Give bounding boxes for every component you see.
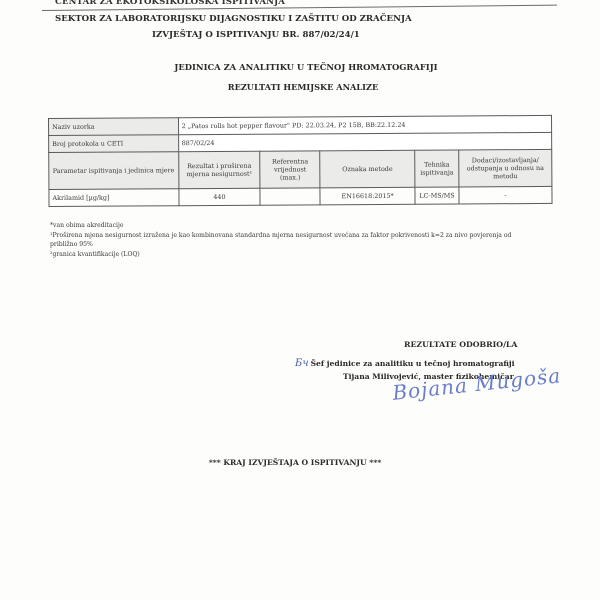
handwritten-initials: Бч xyxy=(295,358,309,369)
report-number: IZVJEŠTAJ O ISPITIVANJU BR. 887/02/24/1 xyxy=(152,30,360,40)
results-title: REZULTATI HEMIJSKE ANALIZE xyxy=(0,82,600,92)
unit-title: JEDINICA ZA ANALITIKU U TEČNOJ HROMATOGR… xyxy=(0,62,600,72)
sector-name: SEKTOR ZA LABORATORIJSKU DIJAGNOSTIKU I … xyxy=(55,14,412,24)
col-header-parameter: Parametar ispitivanja i jedinica mjere xyxy=(49,152,179,190)
approved-by-heading: REZULTATE ODOBRIO/LA xyxy=(404,340,517,349)
col-header-method: Oznaka metode xyxy=(320,150,415,188)
table-row: Akrilamid [µg/kg] 440 EN16618:2015* LC-M… xyxy=(49,186,552,206)
footnote-loq: ²granica kvantifikacije (LOQ) xyxy=(50,250,520,260)
col-header-reference: Referentna vrijednost (max.) xyxy=(260,151,320,188)
cell-parameter: Akrilamid [µg/kg] xyxy=(49,189,179,207)
col-header-deviations: Dodaci/izostavljanja/ odstupanja u odnos… xyxy=(459,149,552,187)
center-name: CENTAR ZA EKOTOKSIKOLOŠKA ISPITIVANJA xyxy=(55,0,285,7)
cell-technique: LC-MS/MS xyxy=(415,187,459,204)
sample-name-label: Naziv uzorka xyxy=(49,118,179,136)
col-header-technique: Tehnika ispitivanja xyxy=(415,150,459,187)
approver-position-text: Šef jedinice za analitiku u tečnoj hroma… xyxy=(311,359,515,368)
cell-reference xyxy=(260,188,320,205)
column-header-row: Parametar ispitivanja i jedinica mjere R… xyxy=(49,149,552,189)
end-of-report: *** KRAJ IZVJEŠTAJA O ISPITIVANJU *** xyxy=(0,458,600,467)
cell-deviations: - xyxy=(459,186,552,204)
footnotes: *van obima akreditacije ¹Proširena mjena… xyxy=(50,221,520,259)
cell-result: 440 xyxy=(178,188,260,205)
col-header-result: Rezultat i proširena mjerna nesigurnost¹ xyxy=(178,151,260,188)
cell-method: EN16618:2015* xyxy=(320,187,415,205)
footnote-accreditation: *van obima akreditacije xyxy=(50,221,520,231)
protocol-label: Broj protokola u CETI xyxy=(49,135,179,153)
approver-position: БчŠef jedinice za analitiku u tečnoj hro… xyxy=(295,358,515,369)
results-table: Naziv uzorka 2 „Patos rolls hot pepper f… xyxy=(48,115,553,207)
handwritten-signature: Bojana Mugoša xyxy=(391,363,562,405)
report-page: CENTAR ZA EKOTOKSIKOLOŠKA ISPITIVANJA SE… xyxy=(0,0,600,600)
footnote-uncertainty: ¹Proširena mjena nesigurnost izražena je… xyxy=(50,231,520,250)
